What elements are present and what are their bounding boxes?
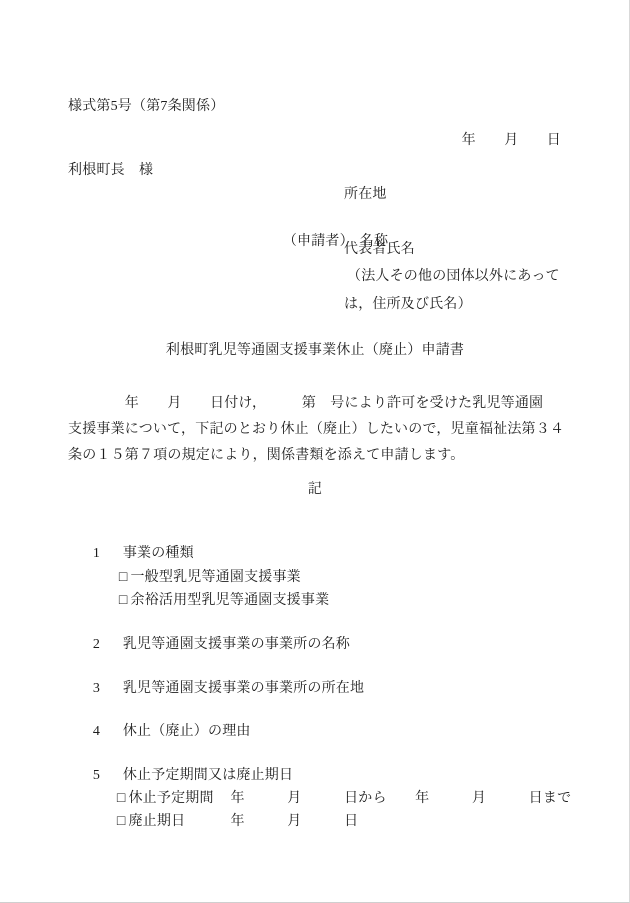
addressee: 利根町長 様 [68, 161, 153, 181]
applicant-representative-label: 代表者氏名 [344, 240, 415, 260]
checkbox-icon[interactable]: □ [117, 812, 126, 832]
document-page: 様式第5号（第7条関係） 年 月 日 利根町長 様 所在地 （申請者）名称 代表… [0, 0, 630, 903]
item-2-label: 乳児等通園支援事業の事業所の名称 [123, 637, 350, 652]
applicant-note-line2: は，住所及び氏名） [344, 295, 472, 315]
body-paragraph-line-3: 条の１５第７項の規定により，関係書類を添えて申請します。 [68, 446, 464, 466]
item-5-option-2: □廃止期日年 月 日 [102, 792, 358, 852]
document-title: 利根町乳児等通園支援事業休止（廃止）申請書 [0, 341, 630, 361]
checkbox-icon[interactable]: □ [119, 591, 128, 611]
form-number: 様式第5号（第7条関係） [68, 97, 224, 117]
date-blank-fields: 年 月 日 [230, 814, 358, 829]
item-4-label: 休止（廃止）の理由 [123, 724, 251, 739]
option-label: 廃止期日 [128, 812, 230, 832]
body-paragraph-line-1: 年 月 日付け， 第 号により許可を受けた乳児等通園 [68, 394, 543, 414]
item-3-label: 乳児等通園支援事業の事業所の所在地 [123, 681, 364, 696]
item-2-number: 2 [93, 635, 123, 655]
item-3-number: 3 [93, 679, 123, 699]
body-paragraph-line-2: 支援事業について，下記のとおり休止（廃止）したいので，児童福祉法第３４ [68, 420, 564, 440]
option-label: 余裕活用型乳児等通園支援事業 [130, 593, 329, 608]
item-4-number: 4 [93, 722, 123, 742]
record-heading: 記 [0, 480, 630, 500]
issue-date-blank: 年 月 日 [462, 131, 561, 151]
applicant-address-label: 所在地 [344, 185, 387, 205]
applicant-note-line1: （法人その他の団体以外にあって [347, 267, 560, 287]
